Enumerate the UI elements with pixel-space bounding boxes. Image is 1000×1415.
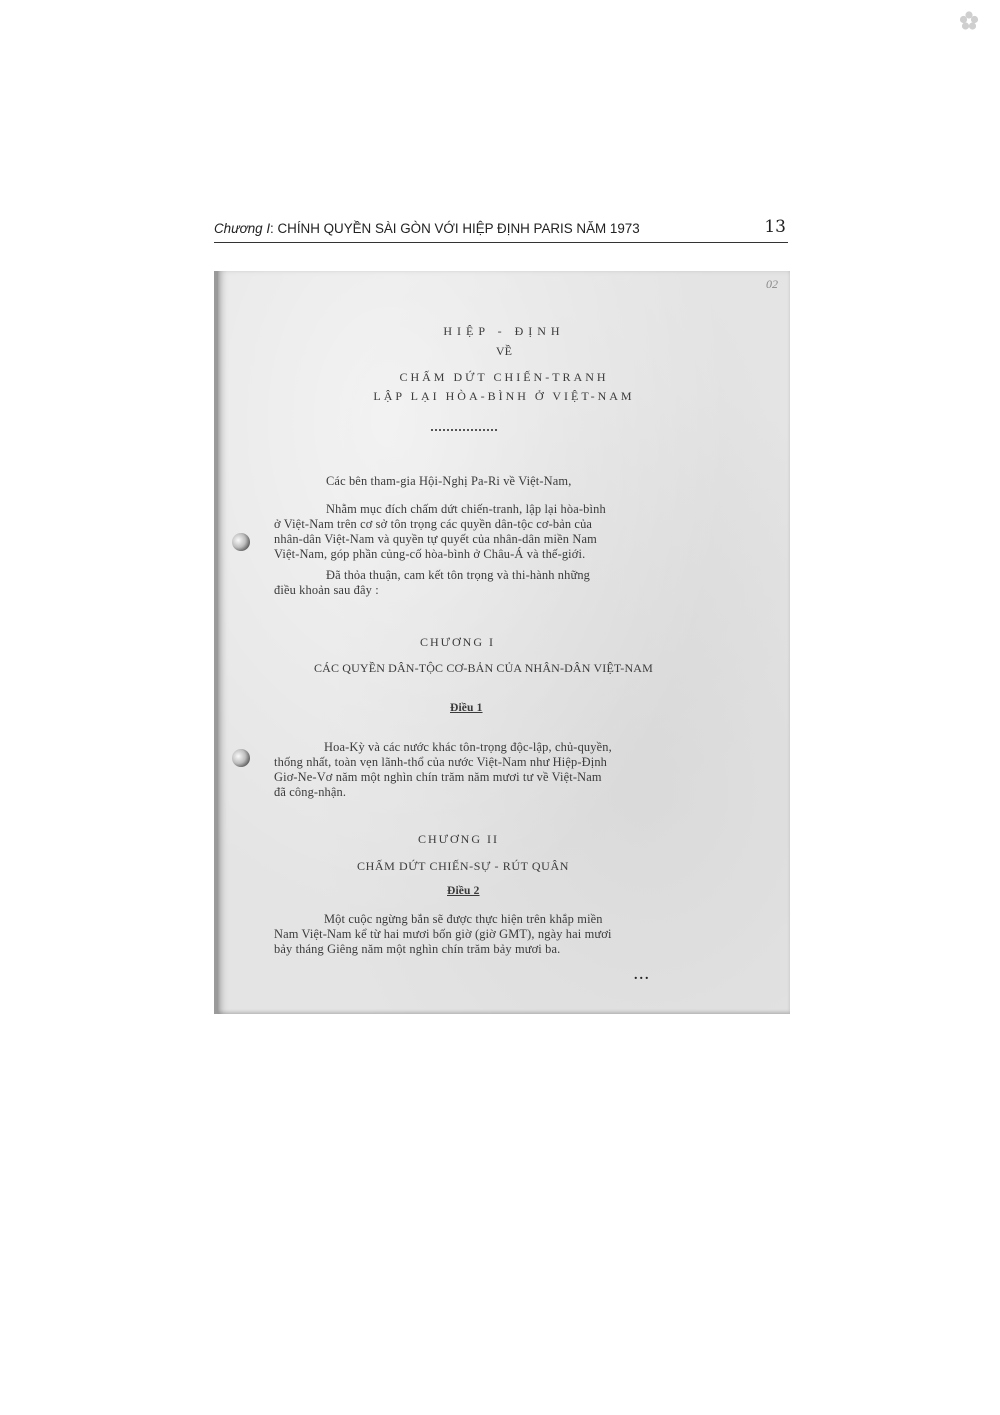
page-number: 13 [764, 217, 786, 237]
chapter-label: Chương I [214, 221, 270, 236]
scanned-document-image: 02 HIỆP - ĐỊNH VỀ CHẤM DỨT CHIẾN-TRANH L… [214, 271, 790, 1014]
chapter-1-title: CÁC QUYỀN DÂN-TỘC CƠ-BẢN CỦA NHÂN-DÂN VI… [314, 661, 653, 676]
article-1-line: đã công-nhận. [274, 785, 346, 800]
continuation-ellipsis: ... [634, 968, 651, 984]
preamble-para1-line: Việt-Nam, góp phần củng-cố hòa-bình ở Ch… [274, 547, 585, 562]
chapter-2-heading: CHƯƠNG II [418, 832, 499, 847]
doc-title-line-2: VỀ [218, 344, 790, 359]
article-2-line: Nam Việt-Nam kể từ hai mươi bốn giờ (giờ… [274, 927, 612, 942]
punch-hole-icon [232, 533, 250, 551]
article-1-line: Giơ-Ne-Vơ năm một nghìn chín trăm năm mư… [274, 770, 602, 785]
chapter-title: : CHÍNH QUYỀN SÀI GÒN VỚI HIỆP ĐỊNH PARI… [270, 221, 640, 236]
article-1-line: Hoa-Kỳ và các nước khác tôn-trọng độc-lậ… [324, 740, 612, 755]
title-divider [431, 429, 497, 431]
running-header-title: Chương I: CHÍNH QUYỀN SÀI GÒN VỚI HIỆP Đ… [214, 221, 640, 236]
chapter-2-title: CHẤM DỨT CHIẾN-SỰ - RÚT QUÂN [357, 859, 569, 874]
article-2-line: bảy tháng Giêng năm một nghìn chín trăm … [274, 942, 560, 957]
doc-title-line-4: LẬP LẠI HÒA-BÌNH Ở VIỆT-NAM [218, 389, 790, 404]
article-2-line: Một cuộc ngừng bắn sẽ được thực hiện trê… [324, 912, 603, 927]
preamble-para1-line: ở Việt-Nam trên cơ sở tôn trọng các quyề… [274, 517, 592, 532]
running-header: Chương I: CHÍNH QUYỀN SÀI GÒN VỚI HIỆP Đ… [214, 220, 788, 243]
article-1-label: Điều 1 [450, 702, 483, 714]
article-1-line: thống nhất, toàn vẹn lãnh-thổ của nước V… [274, 755, 607, 770]
preamble-para1-line: nhân-dân Việt-Nam và quyền tự quyết của … [274, 532, 597, 547]
preamble-para2-line: điều khoản sau đây : [274, 583, 379, 598]
doc-title-line-3: CHẤM DỨT CHIẾN-TRANH [218, 370, 790, 385]
punch-hole-icon [232, 749, 250, 767]
flower-logo-icon [958, 10, 980, 32]
chapter-1-heading: CHƯƠNG I [420, 635, 495, 650]
handwritten-page-mark: 02 [766, 277, 778, 292]
preamble-opening: Các bên tham-gia Hội-Nghị Pa-Ri về Việt-… [326, 474, 571, 489]
preamble-para2-line: Đã thỏa thuận, cam kết tôn trọng và thi-… [326, 568, 590, 583]
article-2-label: Điều 2 [447, 885, 480, 897]
preamble-para1-line: Nhằm mục đích chấm dứt chiến-tranh, lập … [326, 502, 606, 517]
doc-title-line-1: HIỆP - ĐỊNH [218, 324, 790, 339]
